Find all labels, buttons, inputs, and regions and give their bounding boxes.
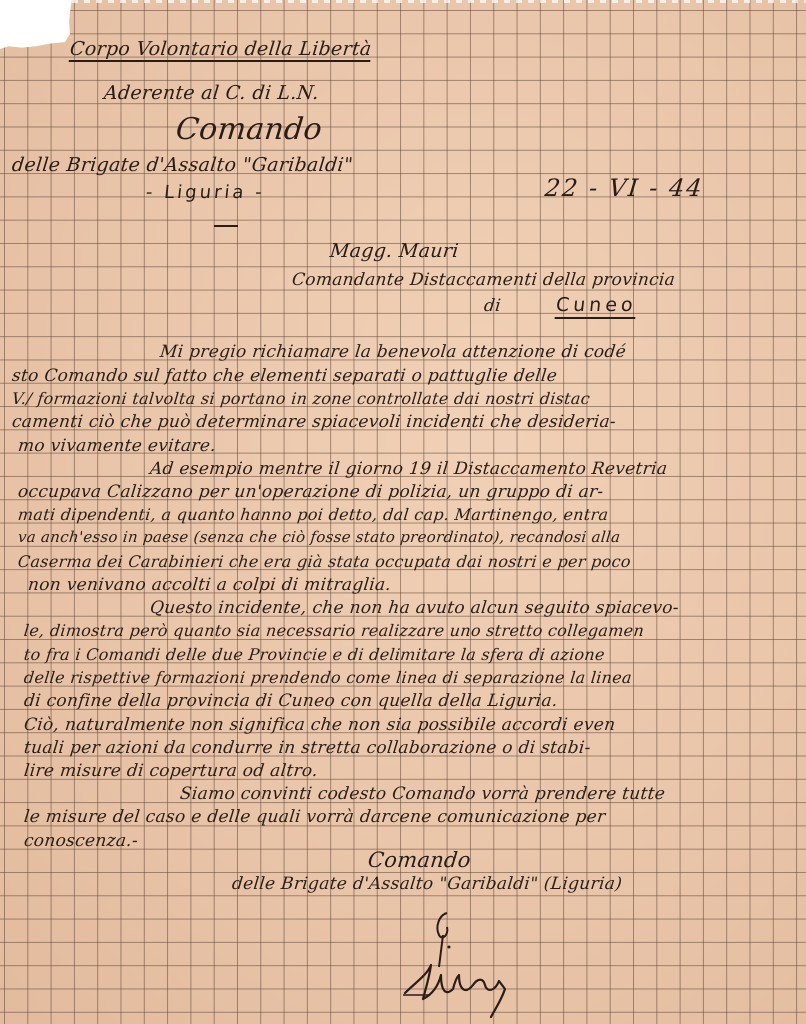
body-line: di confine della provincia di Cuneo con … bbox=[23, 691, 559, 711]
body-line: delle rispettive formazioni prendendo co… bbox=[23, 668, 633, 687]
signature: Lucca bbox=[395, 905, 535, 1020]
body-line: le, dimostra però quanto sia necessario … bbox=[23, 621, 645, 640]
body-line: Ad esempio mentre il giorno 19 il Distac… bbox=[149, 459, 668, 479]
body-line: camenti ciò che può determinare spiacevo… bbox=[11, 412, 617, 432]
body-line: Mi pregio richiamare la benevola attenzi… bbox=[159, 342, 627, 362]
recipient-name: Magg. Mauri bbox=[329, 240, 460, 262]
body-line: to fra i Comandi delle due Provincie e d… bbox=[23, 645, 606, 664]
letter-date: 22 - VI - 44 bbox=[544, 174, 706, 202]
letterhead-command: Comando bbox=[174, 112, 324, 147]
body-line: Siamo convinti codesto Comando vorrà pre… bbox=[179, 784, 666, 804]
body-line: mo vivamente evitare. bbox=[17, 436, 217, 456]
body-line: non venivano accolti a colpi di mitragli… bbox=[27, 575, 392, 595]
recipient-province: Cuneo bbox=[555, 294, 638, 316]
signature-glyph-icon bbox=[395, 905, 535, 1020]
body-line: mati dipendenti, a quanto hanno poi dett… bbox=[17, 505, 609, 524]
body-line: le misure del caso e delle quali vorrà d… bbox=[23, 807, 607, 827]
letterhead-organization: Corpo Volontario della Libertà bbox=[69, 38, 373, 60]
letterhead-region: - Liguria - bbox=[145, 182, 266, 203]
closing-command: Comando bbox=[367, 848, 472, 872]
body-line: conoscenza.- bbox=[23, 831, 139, 851]
body-line: occupava Calizzano per un'operazione di … bbox=[17, 482, 605, 502]
letterhead-affiliation: Aderente al C. di L.N. bbox=[103, 82, 320, 104]
body-line: Ciò, naturalmente non significa che non … bbox=[23, 715, 616, 735]
body-line: lire misure di copertura od altro. bbox=[23, 761, 319, 781]
body-line: Questo incidente, che non ha avuto alcun… bbox=[149, 598, 680, 618]
letterhead-brigades: delle Brigate d'Assalto "Garibaldi" bbox=[11, 154, 354, 176]
body-line: V./ formazioni talvolta si portano in zo… bbox=[11, 389, 591, 408]
recipient-title: Comandante Distaccamenti della provincia bbox=[291, 270, 676, 290]
body-line: sto Comando sul fatto che elementi separ… bbox=[11, 366, 558, 386]
body-line: Caserma dei Carabinieri che era già stat… bbox=[17, 552, 632, 571]
recipient-of: di bbox=[483, 296, 502, 316]
body-line: tuali per azioni da condurre in stretta … bbox=[23, 738, 592, 758]
closing-brigades: delle Brigate d'Assalto "Garibaldi" (Lig… bbox=[231, 874, 623, 894]
separator-dash bbox=[214, 225, 238, 227]
perforated-edge bbox=[60, 0, 806, 3]
body-line: va anch'esso in paese (senza che ciò fos… bbox=[17, 528, 621, 546]
